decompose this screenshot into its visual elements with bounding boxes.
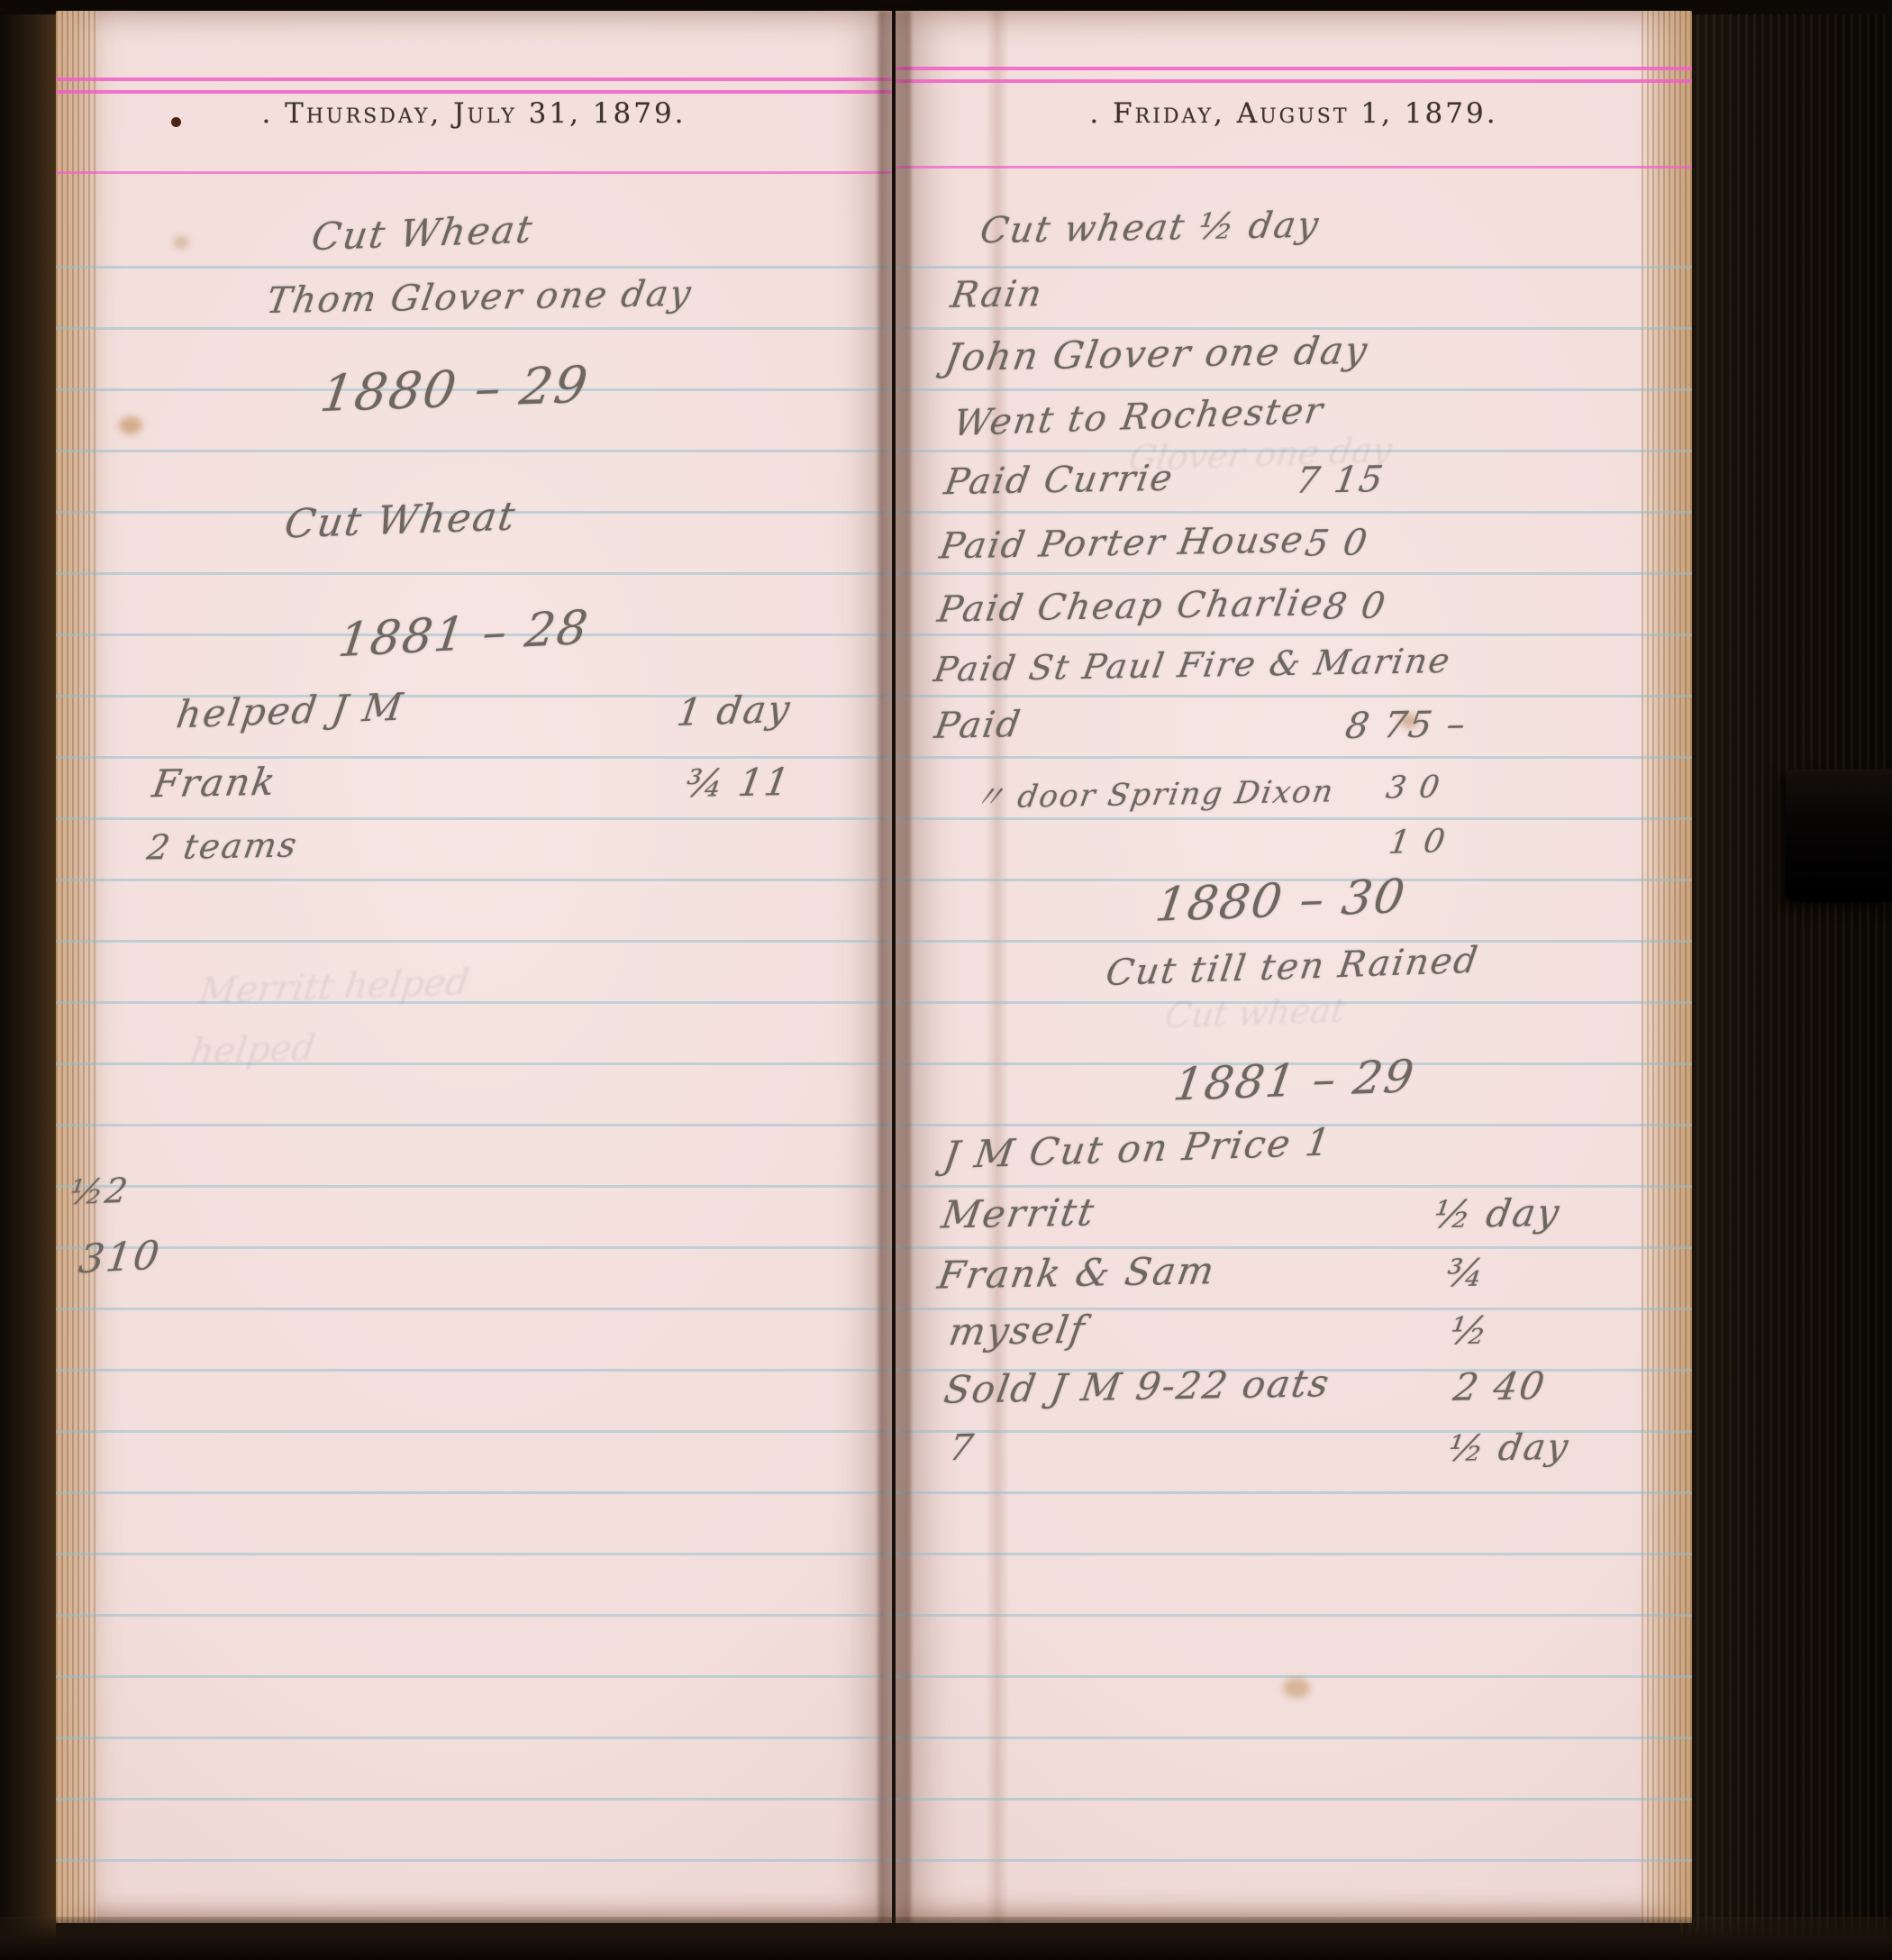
handwriting-text: 〃 door Spring Dixon: [971, 767, 1339, 817]
handwriting-text: 7: [946, 1427, 978, 1469]
handwritten-line: Paid St Paul Fire & Marine: [896, 645, 1692, 708]
page-stain: [1283, 1678, 1310, 1698]
handwriting-text: 1880 – 30: [1152, 870, 1410, 933]
handwriting-amount: 7 15: [1293, 459, 1387, 502]
pink-margin-line: [896, 166, 1692, 169]
handwriting-text: Merritt: [939, 1190, 1098, 1237]
handwriting-text: Frank: [150, 760, 280, 806]
handwritten-line: 1881 – 28: [56, 607, 892, 670]
handwritten-line: Cut Wheat: [56, 211, 892, 274]
printed-date-header-right: . Friday, August 1, 1879.: [896, 97, 1692, 130]
book-strap: [1786, 769, 1892, 902]
pink-margin-line: [56, 171, 892, 174]
handwriting-amount: ½ day: [1431, 1190, 1564, 1236]
handwritten-line: John Glover one day: [896, 332, 1692, 395]
handwriting-amount: 8 0: [1320, 585, 1389, 627]
pink-margin-line: [56, 77, 892, 81]
handwritten-line: Merritt½ day: [896, 1191, 1692, 1254]
diary-page-left: . Thursday, July 31, 1879. Merritt helpe…: [56, 11, 892, 1923]
handwritten-line: ½2: [56, 1171, 892, 1235]
pink-margin-line: [896, 79, 1692, 83]
ruled-lines: [56, 207, 892, 1910]
handwriting-text: Went to Rochester: [951, 390, 1327, 444]
handwriting-text: J M Cut on Price 1: [941, 1120, 1334, 1178]
book-cover-left: [0, 0, 56, 1960]
handwriting-text: Cut wheat ½ day: [978, 205, 1323, 252]
book-cover-right: [1680, 0, 1892, 1960]
pink-margin-line: [896, 67, 1692, 70]
handwritten-line: Paid Porter House5 0: [896, 523, 1692, 586]
handwriting-text: Cut Wheat: [309, 207, 537, 259]
handwriting-amount: 1 day: [674, 687, 794, 734]
handwriting-text: Cut Wheat: [282, 494, 520, 548]
handwriting-amount: ¾ 11: [683, 760, 795, 806]
handwriting-text: Rain: [948, 273, 1046, 316]
handwriting-text: helped J M: [174, 685, 407, 737]
handwritten-line: 1881 – 29: [896, 1054, 1692, 1117]
handwriting-amount: ½ day: [1445, 1427, 1572, 1470]
handwritten-line: Cut wheat ½ day: [896, 207, 1692, 270]
handwritten-line: 1880 – 30: [896, 874, 1692, 937]
handwriting-text: 1881 – 29: [1170, 1050, 1418, 1110]
handwritten-line: Cut Wheat: [56, 497, 892, 561]
handwriting-amount: ½: [1447, 1308, 1493, 1354]
handwritten-line: helped J M1 day: [56, 688, 892, 752]
diary-page-right: . Friday, August 1, 1879. Glover one day…: [896, 11, 1692, 1923]
handwritten-line: Thom Glover one day: [56, 277, 892, 340]
handwriting-text: Paid Cheap Charlie: [935, 582, 1327, 630]
handwriting-text: Paid Porter House: [937, 519, 1308, 567]
handwritten-line: Cut till ten Rained: [896, 946, 1692, 1009]
handwriting-amount: 8 75 –: [1342, 704, 1469, 747]
handwritten-line: Rain: [896, 274, 1692, 337]
book-cover-bottom: [0, 1917, 1892, 1960]
handwritten-line: 1880 – 29: [56, 360, 892, 424]
handwriting-text: Paid St Paul Fire & Marine: [932, 641, 1454, 689]
pink-margin-line: [56, 90, 892, 94]
handwritten-line: Frank¾ 11: [56, 761, 892, 824]
handwriting-text: Thom Glover one day: [264, 273, 696, 322]
handwriting-text: Frank & Sam: [935, 1248, 1219, 1297]
handwritten-line: 310: [56, 1235, 892, 1298]
handwriting-amount: ¾: [1443, 1251, 1489, 1296]
handwriting-text: ½2: [68, 1171, 132, 1212]
handwriting-text: Paid Currie: [941, 458, 1177, 503]
handwriting-text: 1881 – 28: [335, 601, 592, 668]
handwriting-text: 2 teams: [144, 825, 301, 868]
handwriting-text: Sold J M 9-22 oats: [941, 1361, 1333, 1411]
handwriting-amount: 2 40: [1451, 1363, 1550, 1409]
handwritten-line: Went to Rochester: [896, 397, 1692, 460]
handwriting-text: 310: [76, 1233, 163, 1283]
handwriting-text: Paid: [932, 704, 1024, 747]
handwriting-text: Cut till ten Rained: [1104, 940, 1482, 994]
handwriting-text: 1880 – 29: [317, 356, 593, 424]
handwriting-amount: 5 0: [1302, 522, 1371, 564]
handwriting-text: myself: [946, 1308, 1089, 1354]
diary-scan: . Thursday, July 31, 1879. Merritt helpe…: [0, 0, 1892, 1960]
printed-date-header-left: . Thursday, July 31, 1879.: [56, 97, 892, 130]
handwritten-line: 7½ day: [896, 1427, 1692, 1491]
handwritten-line: 2 teams: [56, 826, 892, 889]
handwritten-line: Sold J M 9-22 oats2 40: [896, 1364, 1692, 1427]
handwritten-line: Paid Currie7 15: [896, 460, 1692, 523]
handwriting-text: John Glover one day: [941, 328, 1371, 379]
handwriting-amount: 1 0: [1387, 823, 1450, 861]
handwritten-line: Frank & Sam¾: [896, 1251, 1692, 1314]
handwritten-line: Paid Cheap Charlie8 0: [896, 586, 1692, 649]
handwritten-line: J M Cut on Price 1: [896, 1126, 1692, 1190]
handwriting-amount: 3 0: [1384, 769, 1444, 806]
book-gutter: [878, 11, 911, 1923]
handwritten-line: Paid8 75 –: [896, 705, 1692, 768]
